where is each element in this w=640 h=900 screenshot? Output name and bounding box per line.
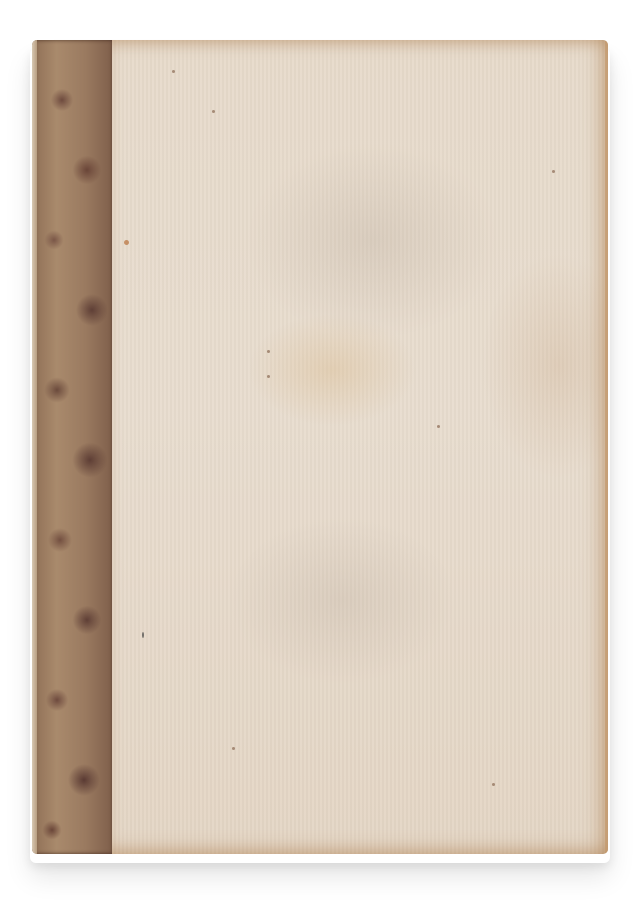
foxing-spot — [552, 170, 555, 173]
foxing-spot — [437, 425, 440, 428]
foxing-spot — [267, 375, 270, 378]
foxing-spot — [124, 240, 129, 245]
foxing-spot — [267, 350, 270, 353]
spine-edge — [32, 40, 37, 854]
foxing-spot — [142, 632, 144, 638]
foxing-spot — [172, 70, 175, 73]
paper-cover — [112, 40, 608, 854]
cover-fore-edge — [605, 40, 608, 854]
antique-book — [32, 40, 608, 854]
foxing-spot — [212, 110, 215, 113]
foxing-spot — [232, 747, 235, 750]
foxing-spot — [492, 783, 495, 786]
leather-spine — [32, 40, 114, 854]
photo-scene — [0, 0, 640, 900]
